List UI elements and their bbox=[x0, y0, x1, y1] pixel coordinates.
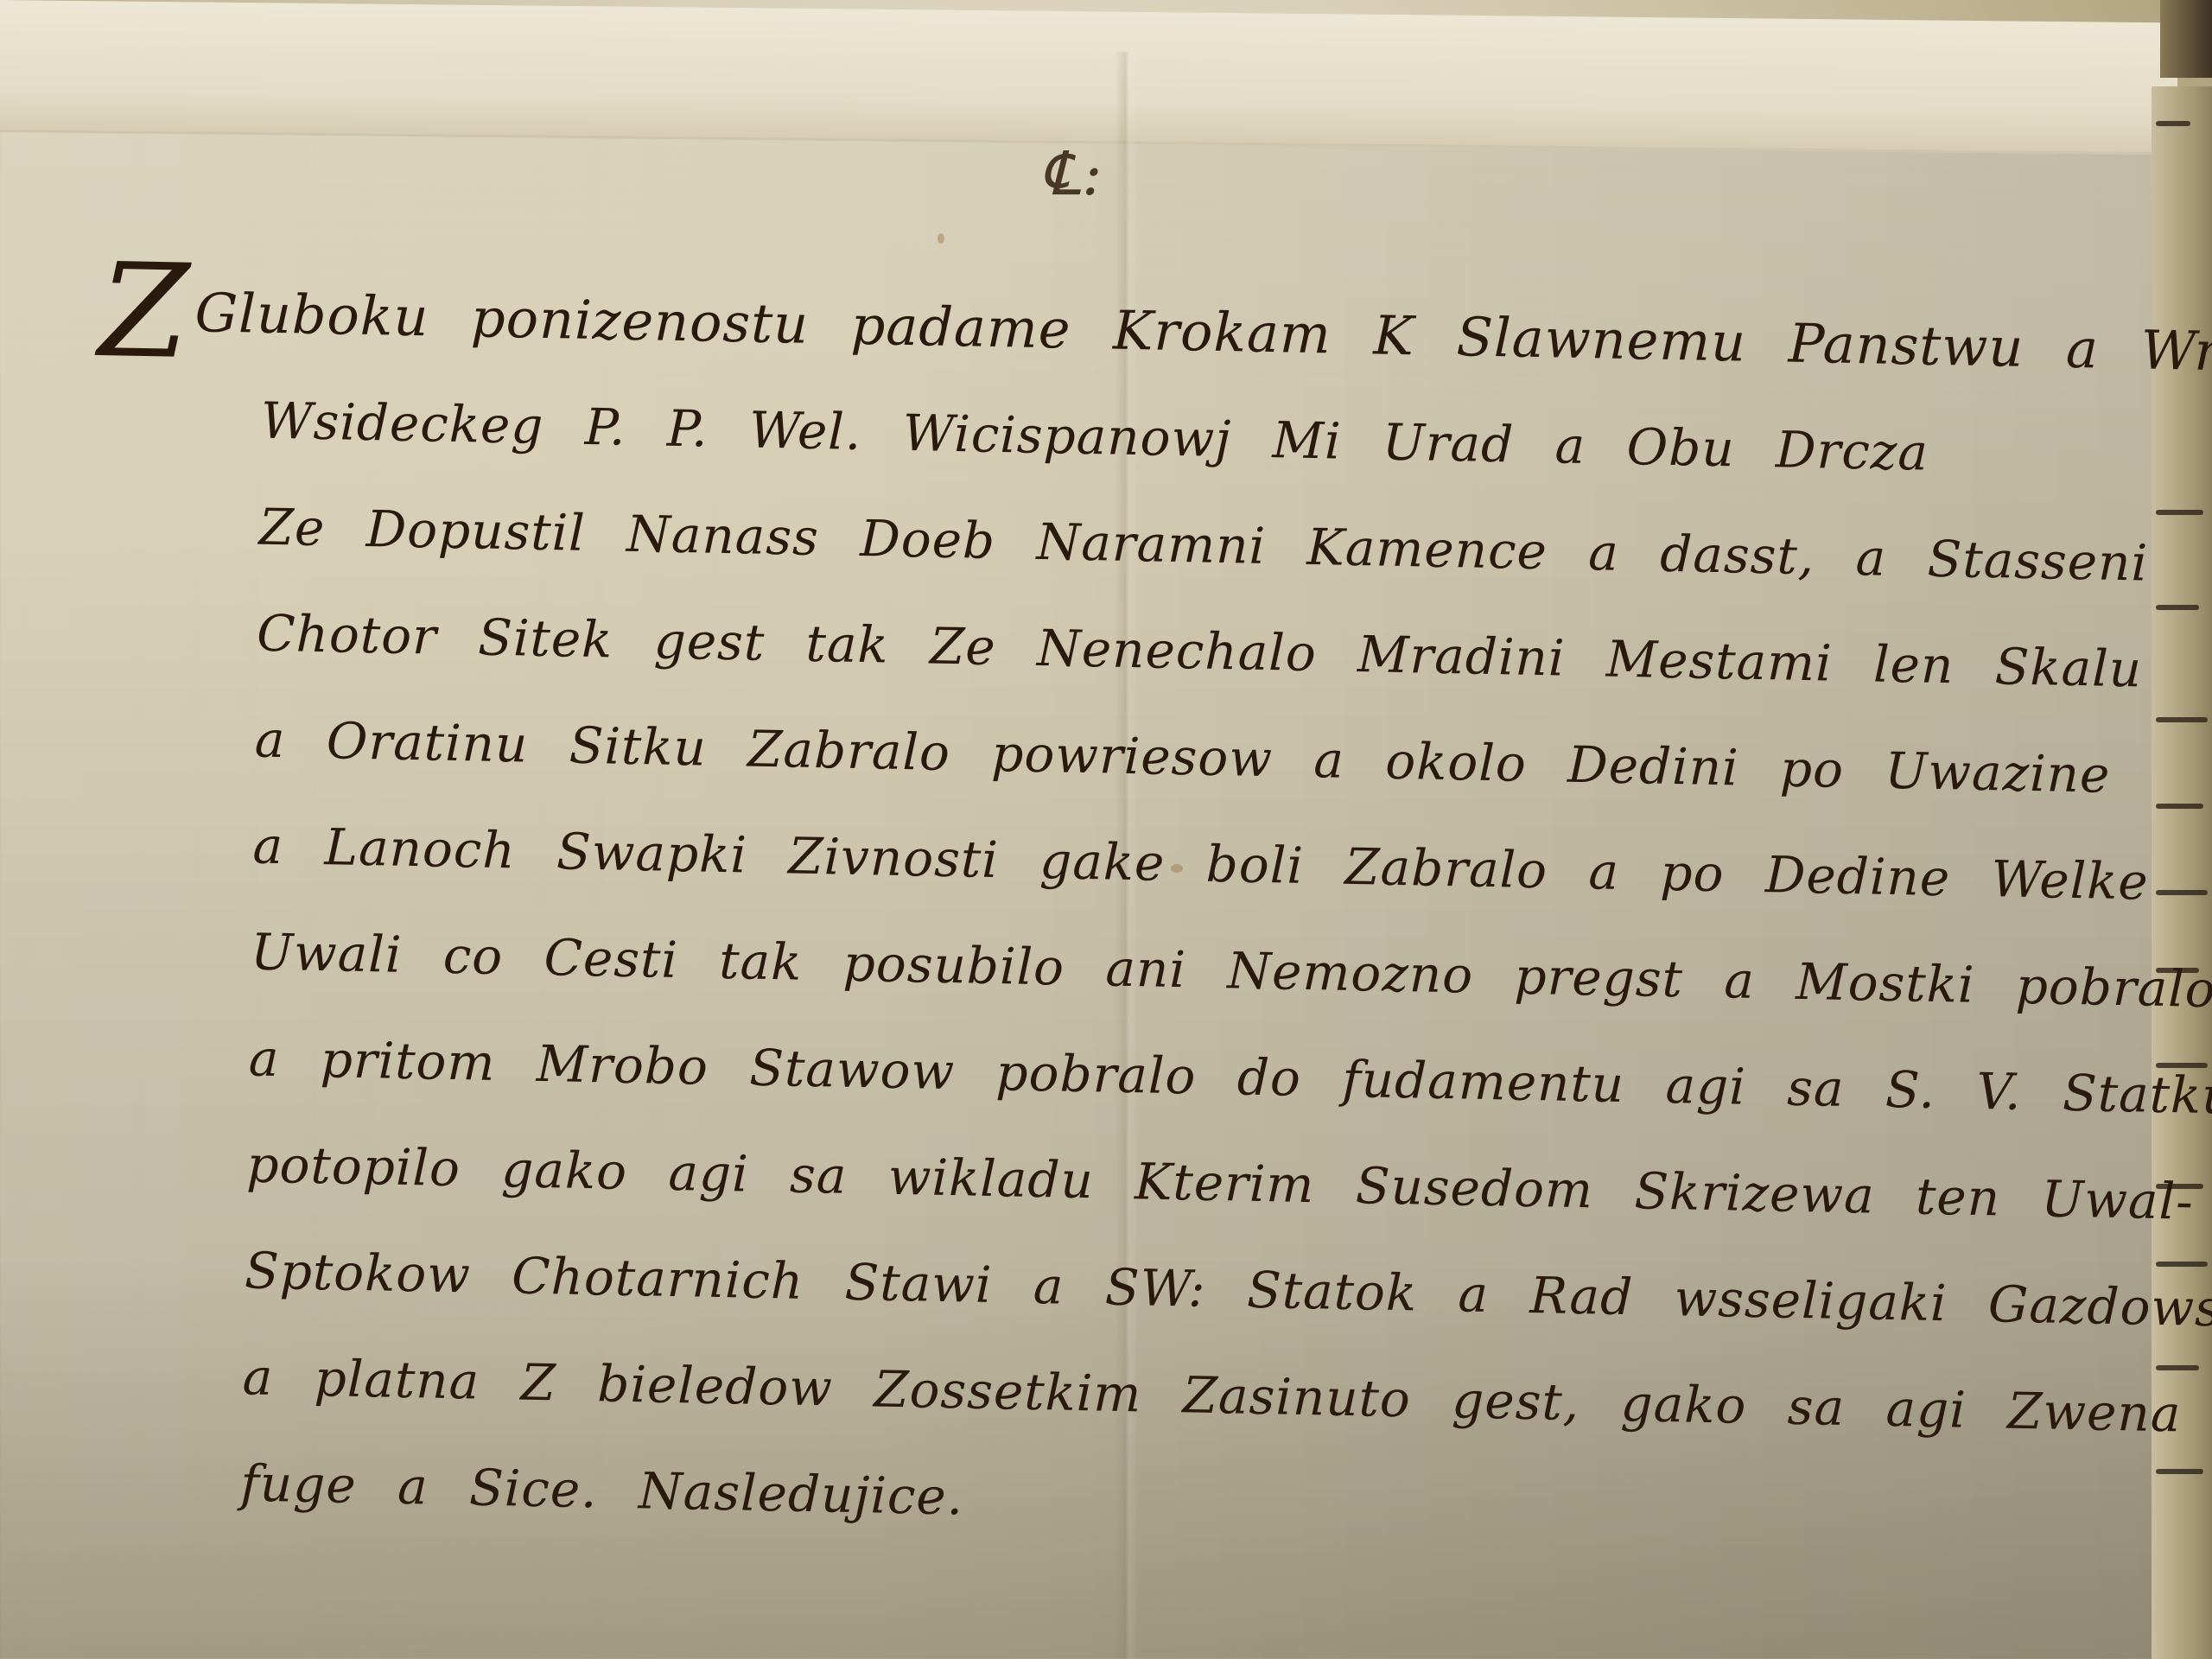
decorated-initial: Z bbox=[98, 236, 192, 388]
adjacent-page-ink-mark bbox=[2156, 121, 2190, 126]
folded-top-edge bbox=[0, 0, 2177, 155]
adjacent-page-ink-mark bbox=[2156, 804, 2203, 809]
page-header-mark: ℄: bbox=[1041, 138, 1104, 209]
adjacent-page-ink-mark bbox=[2156, 1469, 2203, 1474]
manuscript-text: ZGluboku ponizenostu padame Krokam K Sla… bbox=[75, 285, 2139, 1599]
document-photo: ℄: ZGluboku ponizenostu padame Krokam K … bbox=[0, 0, 2212, 1659]
adjacent-page-ink-mark bbox=[2156, 1262, 2208, 1267]
adjacent-page-ink-mark bbox=[2156, 717, 2208, 722]
adjacent-page-ink-mark bbox=[2156, 1365, 2199, 1370]
background-shadow bbox=[2160, 0, 2212, 78]
adjacent-page-ink-mark bbox=[2156, 605, 2199, 610]
adjacent-page-ink-mark bbox=[2156, 890, 2208, 895]
adjacent-page-ink-mark bbox=[2156, 510, 2203, 515]
ink-spot bbox=[938, 233, 944, 244]
